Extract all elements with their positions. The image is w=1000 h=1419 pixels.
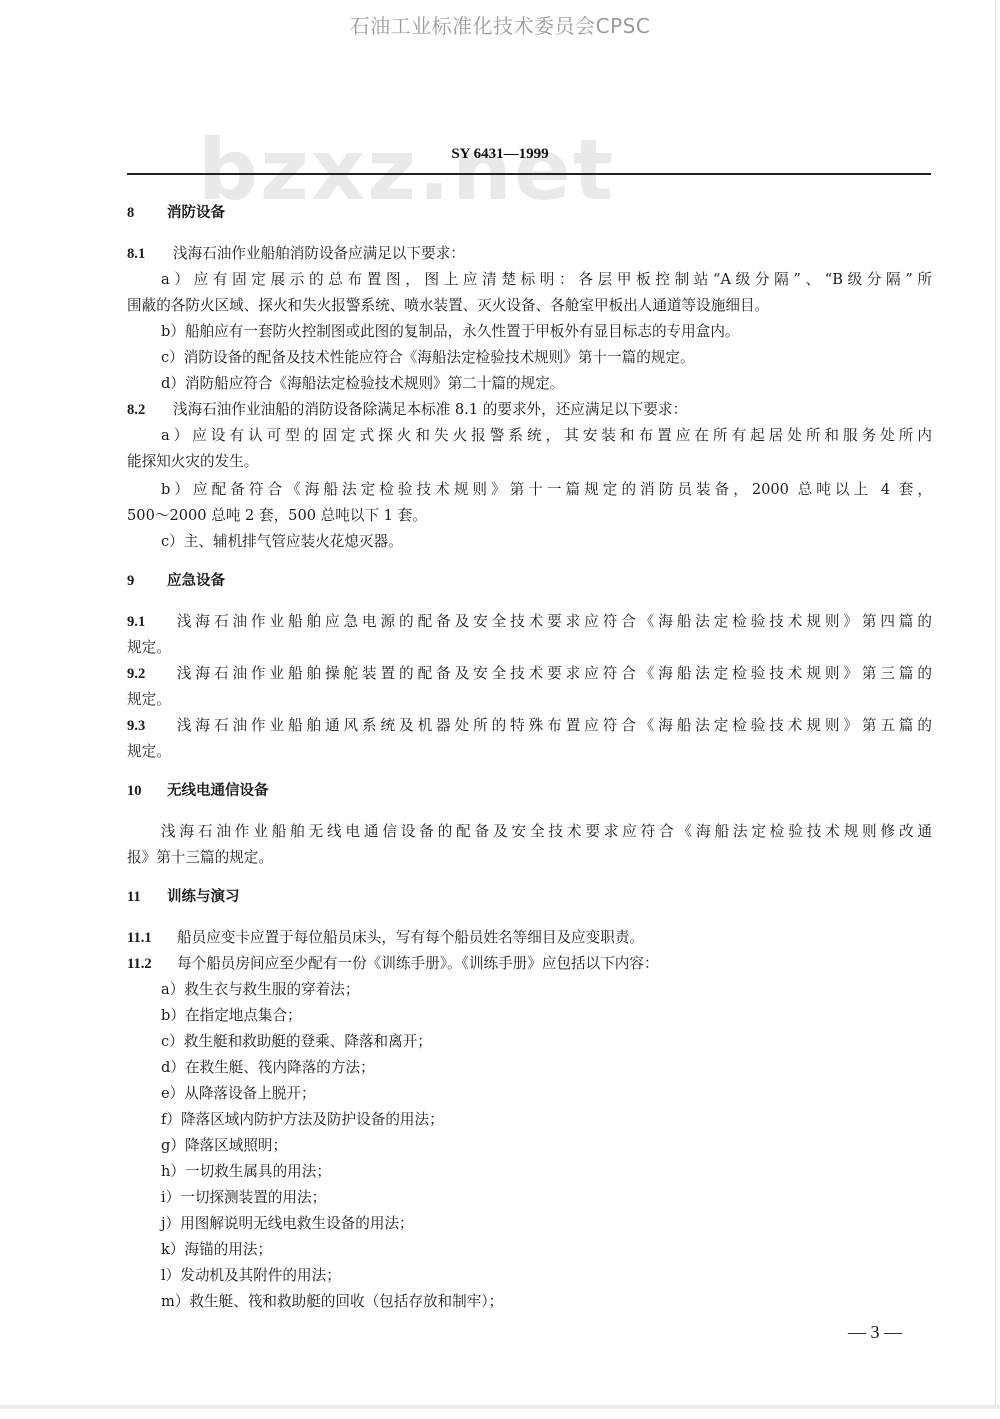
clause-11-1: 11.1船员应变卡应置于每位船员床头，写有每个船员姓名等细目及应变职责。 xyxy=(127,928,932,948)
clause-8-2-item-a-cont: 能探知火灾的发生。 xyxy=(127,452,932,472)
clause-11-2-item-h: h）一切救生属具的用法； xyxy=(161,1162,966,1182)
clause-11-2-item-c: c）救生艇和救助艇的登乘、降落和离开； xyxy=(161,1032,966,1052)
clause-8-1-item-a: a）应有固定展示的总布置图，图上应清楚标明：各层甲板控制站“A级分隔”、“B级分… xyxy=(161,270,932,290)
clause-11-2-item-b: b）在指定地点集合； xyxy=(161,1006,966,1026)
clause-9-3: 9.3浅海石油作业船舶通风系统及机器处所的特殊布置应符合《海船法定检验技术规则》… xyxy=(127,716,932,736)
clause-8-1-item-d: d）消防船应符合《海船法定检验技术规则》第二十篇的规定。 xyxy=(161,374,966,394)
clause-8-1-item-c: c）消防设备的配备及技术性能应符合《海船法定检验技术规则》第十一篇的规定。 xyxy=(161,348,966,368)
standard-number: SY 6431—1999 xyxy=(0,146,1000,163)
clause-8-2: 8.2浅海石油作业油船的消防设备除满足本标准 8.1 的要求外，还应满足以下要求… xyxy=(127,400,932,420)
clause-11-2-item-m: m）救生艇、筏和救助艇的回收（包括存放和制牢）； xyxy=(161,1292,966,1312)
clause-11-2: 11.2每个船员房间应至少配有一份《训练手册》。《训练手册》应包括以下内容： xyxy=(127,954,932,974)
section-10-paragraph: 浅海石油作业船舶无线电通信设备的配备及安全技术要求应符合《海船法定检验技术规则修… xyxy=(161,822,932,842)
section-heading-8: 8消防设备 xyxy=(127,203,932,223)
clause-9-3-cont: 规定。 xyxy=(127,742,932,762)
clause-11-2-item-d: d）在救生艇、筏内降落的方法； xyxy=(161,1058,966,1078)
clause-9-2-cont: 规定。 xyxy=(127,690,932,710)
page-number: — 3 — xyxy=(830,1322,920,1343)
clause-8-2-item-b-cont: 500～2000 总吨 2 套，500 总吨以下 1 套。 xyxy=(127,506,932,526)
clause-11-2-item-g: g）降落区域照明； xyxy=(161,1136,966,1156)
clause-9-2: 9.2浅海石油作业船舶操舵装置的配备及安全技术要求应符合《海船法定检验技术规则》… xyxy=(127,664,932,684)
clause-11-2-item-l: l）发动机及其附件的用法； xyxy=(161,1266,966,1286)
clause-9-1-cont: 规定。 xyxy=(127,638,932,658)
clause-11-2-item-e: e）从降落设备上脱开； xyxy=(161,1084,966,1104)
watermark: bzxz.net xyxy=(198,128,615,212)
clause-8-1-item-b: b）船舶应有一套防火控制图或此图的复制品，永久性置于甲板外有显目标志的专用盒内。 xyxy=(161,322,966,342)
header-rule xyxy=(127,173,931,175)
section-10-paragraph-cont: 报》第十三篇的规定。 xyxy=(127,848,932,868)
section-heading-10: 10无线电通信设备 xyxy=(127,781,932,801)
clause-8-2-item-c: c）主、辅机排气管应装火花熄灭器。 xyxy=(161,532,966,552)
clause-9-1: 9.1浅海石油作业船舶应急电源的配备及安全技术要求应符合《海船法定检验技术规则》… xyxy=(127,612,932,632)
clause-11-2-item-f: f）降落区域内防护方法及防护设备的用法； xyxy=(161,1110,966,1130)
clause-11-2-item-k: k）海锚的用法； xyxy=(161,1240,966,1260)
clause-8-2-item-b: b）应配备符合《海船法定检验技术规则》第十一篇规定的消防员装备，2000 总吨以… xyxy=(161,480,932,500)
clause-8-2-item-a: a）应设有认可型的固定式探火和失火报警系统，其安装和布置应在所有起居处所和服务处… xyxy=(161,426,932,446)
section-heading-9: 9应急设备 xyxy=(127,571,932,591)
page-edge xyxy=(995,0,996,1405)
page-bottom-edge xyxy=(0,1405,1000,1409)
clause-8-1-item-a-cont: 围蔽的各防火区域、探火和失火报警系统、喷水装置、灭火设备、各舱室甲板出人通道等设… xyxy=(127,296,932,316)
section-heading-11: 11训练与演习 xyxy=(127,887,932,907)
site-header: 石油工业标准化技术委员会CPSC xyxy=(0,10,1000,39)
clause-11-2-item-a: a）救生衣与救生服的穿着法； xyxy=(161,980,966,1000)
clause-11-2-item-i: i）一切探测装置的用法； xyxy=(161,1188,966,1208)
clause-11-2-item-j: j）用图解说明无线电救生设备的用法； xyxy=(161,1214,966,1234)
clause-8-1: 8.1浅海石油作业船舶消防设备应满足以下要求： xyxy=(127,244,932,264)
